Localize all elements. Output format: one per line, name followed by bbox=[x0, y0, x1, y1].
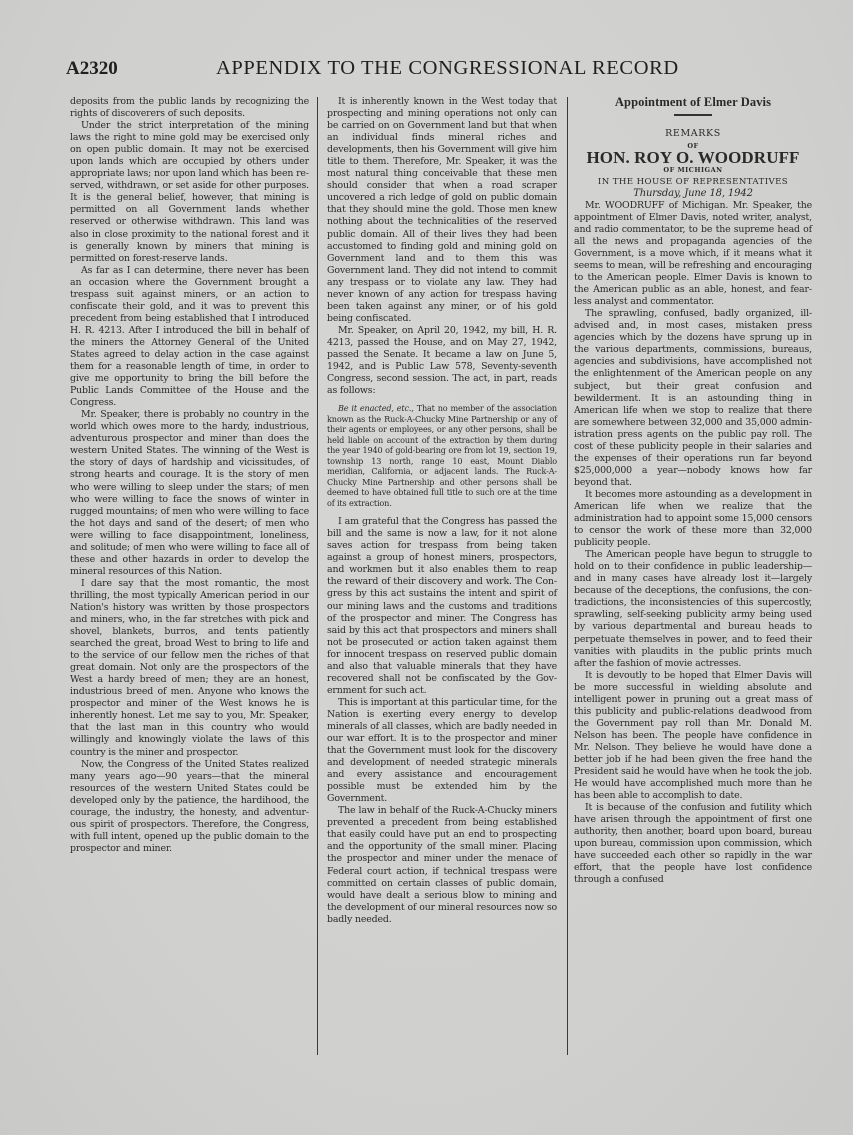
paragraph: It is devoutly to be hoped that Elmer Da… bbox=[574, 670, 812, 803]
paragraph: deposits from the public lands by recog­… bbox=[70, 96, 309, 120]
paragraph: As far as I can determine, there never h… bbox=[70, 265, 309, 410]
quoted-act: Be it enacted, etc., That no member of t… bbox=[327, 403, 557, 508]
paragraph: This is important at this particular tim… bbox=[327, 697, 557, 805]
page-header: A2320 APPENDIX TO THE CONGRESSIONAL RECO… bbox=[66, 58, 766, 84]
remarks-date: Thursday, June 18, 1942 bbox=[574, 188, 812, 200]
column-right: Appointment of Elmer Davis REMARKS OF HO… bbox=[574, 96, 812, 887]
publication-title: APPENDIX TO THE CONGRESSIONAL RECORD bbox=[216, 57, 679, 80]
paragraph: It is because of the confusion and fu­ti… bbox=[574, 802, 812, 886]
heading-rule bbox=[674, 114, 712, 116]
paragraph: Mr. Speaker, on April 20, 1942, my bill,… bbox=[327, 325, 557, 397]
paragraph: Now, the Congress of the United States r… bbox=[70, 759, 309, 855]
column-left: deposits from the public lands by recog­… bbox=[70, 96, 309, 855]
paragraph: The sprawling, confused, badly or­ganize… bbox=[574, 308, 812, 489]
column-divider bbox=[317, 97, 318, 1055]
paragraph: The law in behalf of the Ruck-A-Chucky m… bbox=[327, 805, 557, 925]
paragraph: Mr. WOODRUFF of Michigan. Mr. Speaker, t… bbox=[574, 200, 812, 308]
column-middle: It is inherently known in the West to­da… bbox=[327, 96, 557, 926]
article-title: Appointment of Elmer Davis bbox=[574, 96, 812, 108]
chamber-label: IN THE HOUSE OF REPRESENTATIVES bbox=[574, 176, 812, 188]
page-number: A2320 bbox=[66, 58, 118, 80]
column-divider bbox=[567, 97, 568, 1055]
paragraph: Under the strict interpretation of the m… bbox=[70, 120, 309, 265]
paragraph: It is inherently known in the West to­da… bbox=[327, 96, 557, 325]
paragraph: It becomes more astounding as a de­velop… bbox=[574, 489, 812, 549]
speaker-name: HON. ROY O. WOODRUFF bbox=[574, 152, 812, 164]
quote-lead: Be it enacted, etc., bbox=[338, 403, 414, 413]
article-heading: Appointment of Elmer Davis REMARKS OF HO… bbox=[574, 96, 812, 200]
paragraph: I dare say that the most romantic, the m… bbox=[70, 578, 309, 759]
remarks-label: REMARKS bbox=[574, 128, 812, 140]
paragraph: Mr. Speaker, there is probably no countr… bbox=[70, 409, 309, 578]
paragraph: I am grateful that the Congress has pass… bbox=[327, 516, 557, 697]
paragraph: The American people have begun to strugg… bbox=[574, 549, 812, 669]
quote-body: That no member of the association known … bbox=[327, 403, 557, 508]
